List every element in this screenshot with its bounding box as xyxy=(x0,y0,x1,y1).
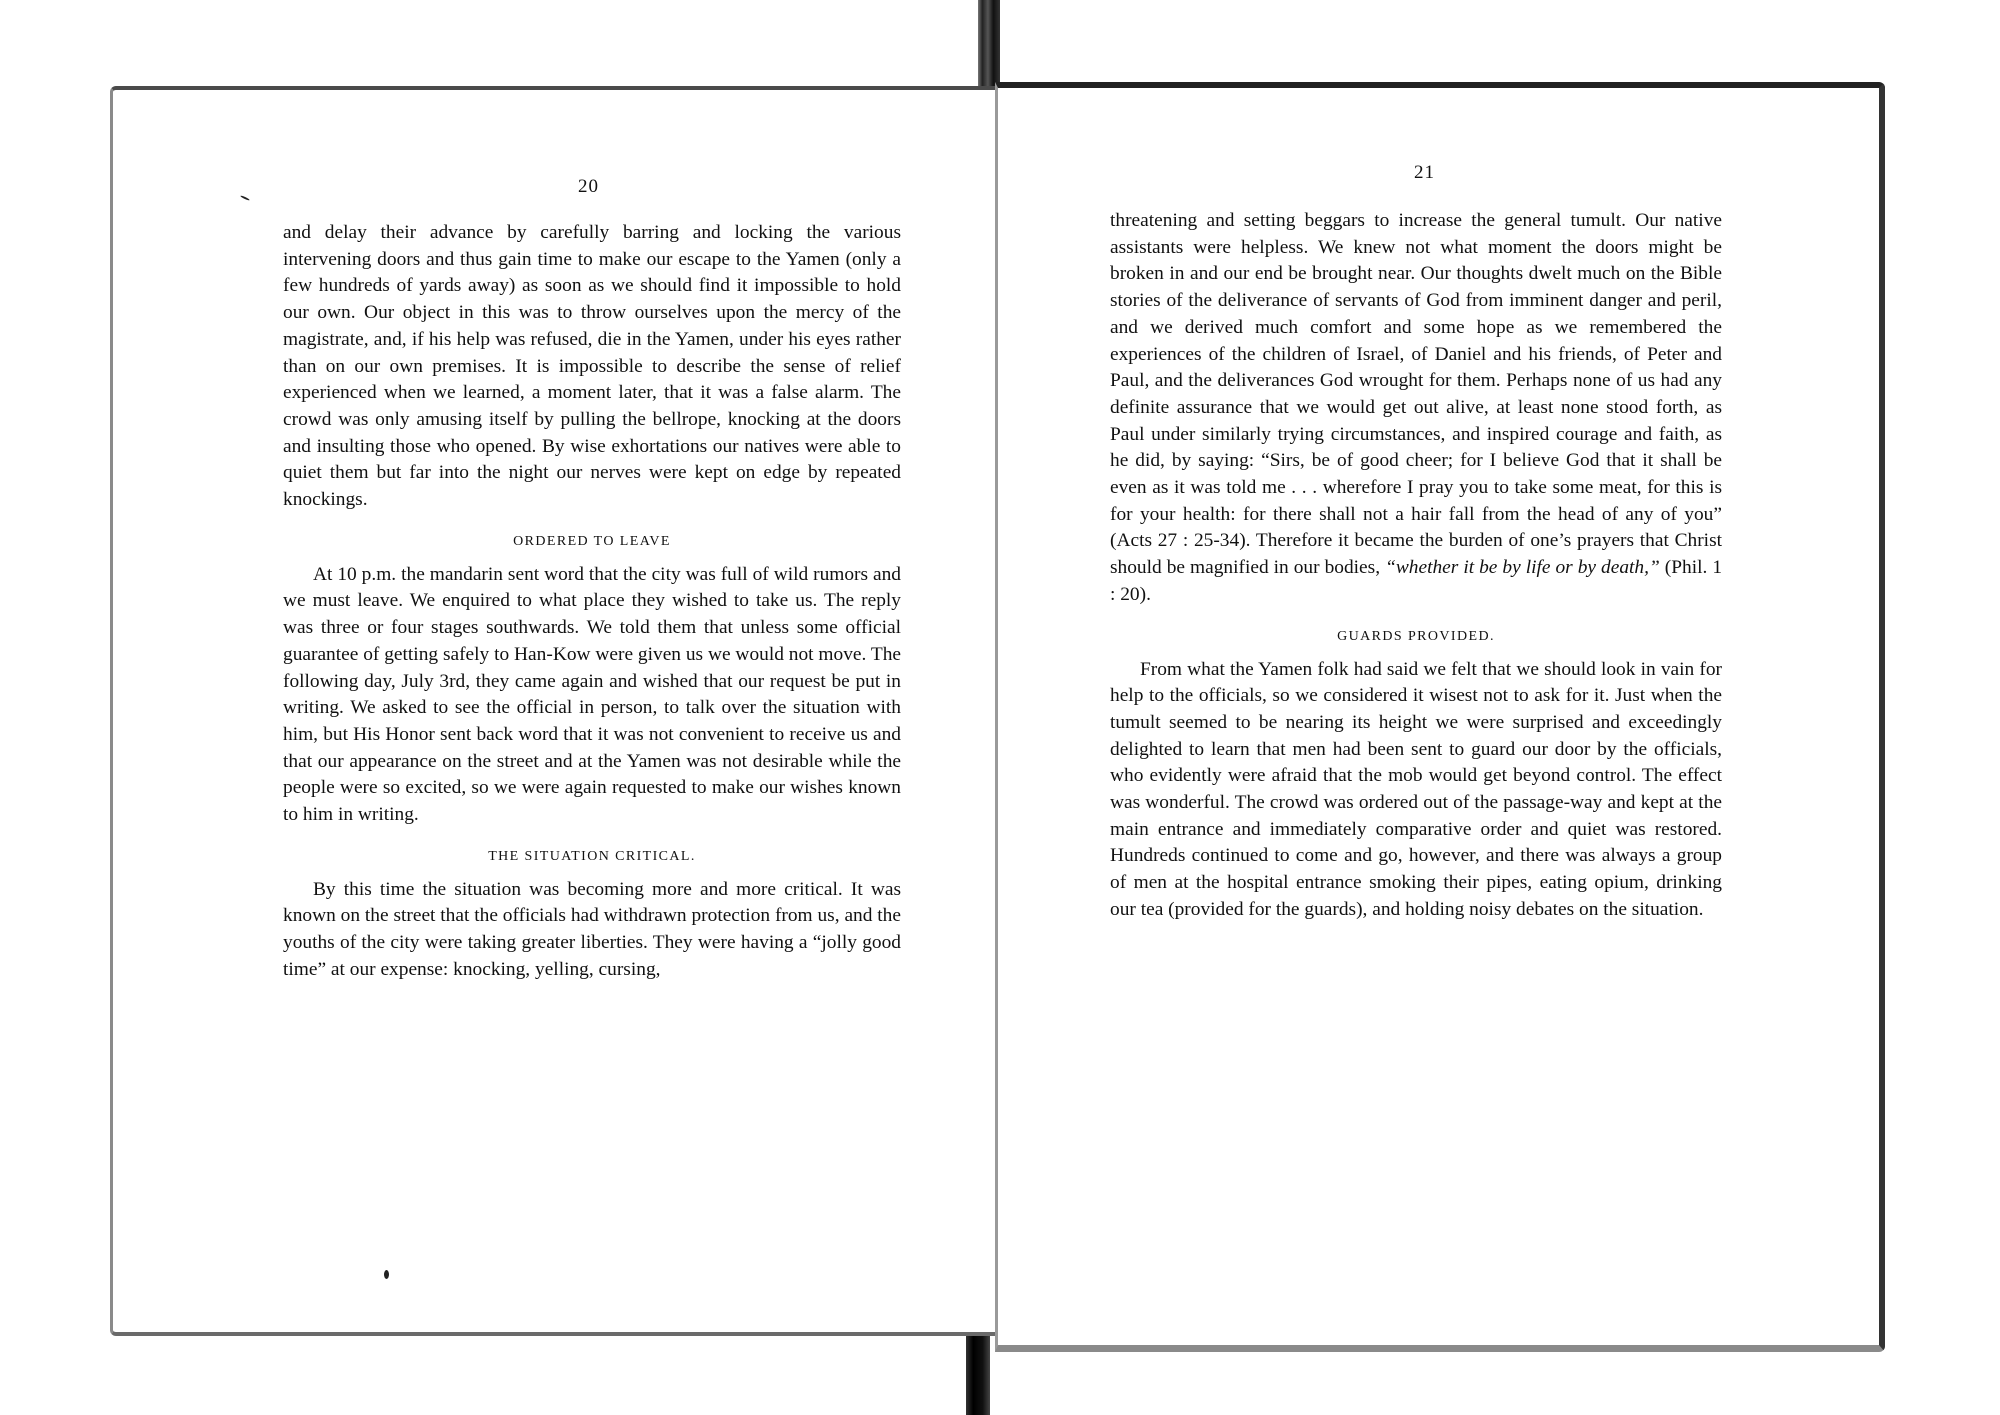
left-page: 20 and delay their advance by carefully … xyxy=(110,86,998,1336)
page-body: and delay their advance by carefully bar… xyxy=(283,220,901,984)
section-heading: THE SITUATION CRITICAL. xyxy=(283,847,901,867)
paragraph: From what the Yamen folk had said we fel… xyxy=(1110,657,1722,924)
page-body: threatening and setting beggars to incre… xyxy=(1110,208,1722,924)
page-number: 21 xyxy=(1414,162,1435,184)
ink-speck xyxy=(384,1270,389,1279)
book-spine-bottom xyxy=(966,1336,990,1415)
paragraph: threatening and setting beggars to incre… xyxy=(1110,208,1722,609)
paragraph: and delay their advance by carefully bar… xyxy=(283,220,901,514)
right-page: 21 threatening and setting beggars to in… xyxy=(995,82,1885,1352)
italic-quote: “whether it be by life or by death,” xyxy=(1385,557,1660,578)
paragraph: By this time the situation was becoming … xyxy=(283,877,901,984)
paragraph-text: threatening and setting beggars to incre… xyxy=(1110,210,1722,578)
section-heading: ORDERED TO LEAVE xyxy=(283,532,901,552)
section-heading: GUARDS PROVIDED. xyxy=(1110,627,1722,647)
page-number: 20 xyxy=(578,176,599,198)
paragraph: At 10 p.m. the mandarin sent word that t… xyxy=(283,562,901,829)
book-spine-top xyxy=(978,0,1000,92)
